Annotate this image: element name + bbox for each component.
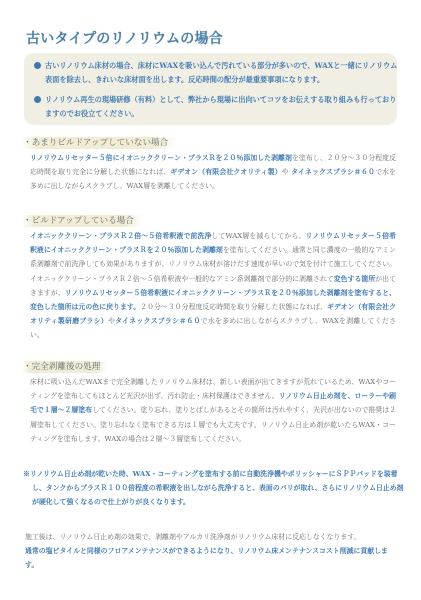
summary-item: リノリウム再生の現場研修（有料）として、弊社から現場に出向いてコツをお伝えする取… — [34, 93, 400, 120]
bullet-icon — [34, 96, 41, 103]
section-heading: ・完全剥離後の処理 — [22, 361, 108, 373]
section-body: リノリウムリセッター５倍にイオニッククリーン・プラスＲを２０％添加した剥離剤を塗… — [30, 151, 396, 194]
bullet-icon — [34, 62, 41, 69]
document-page: 古いタイプのリノリウムの場合 古いリノリウム床材の場合、床材にWAXを吸い込んで… — [0, 0, 421, 600]
summary-box: 古いリノリウム床材の場合、床材にWAXを吸い込んで汚れている部分が多いので、WA… — [24, 53, 397, 125]
section-body: イオニッククリーン・プラスＲ２倍～５倍希釈液で前洗浄してWAX層を減らしてから、… — [30, 229, 396, 343]
note-paragraph: ※リノリウム日止め剤が乾いた時、WAX・コーティングを塗布する前に自動洗浄機やポ… — [23, 467, 405, 510]
page-title: 古いタイプのリノリウムの場合 — [26, 28, 223, 48]
footer-line: 施工後は、リノリウム日止め剤の効果で、剥離剤やアルカリ洗浄剤がリノリウム床材に反… — [25, 530, 397, 544]
section-body: 床材に吸い込んだWAXまで完全剥離したリノリウム床材は、新しい表面が出てきますが… — [30, 375, 396, 446]
section-heading: ・あまりビルドアップしていない場合 — [22, 137, 176, 149]
footer-paragraph: 施工後は、リノリウム日止め剤の効果で、剥離剤やアルカリ洗浄剤がリノリウム床材に反… — [25, 530, 397, 573]
section-heading: ・ビルドアップしている場合 — [22, 215, 142, 227]
footer-highlight-line: 通常の塩ビタイルと同様のフロアメンテナンスができるようになり、リノリウム床メンテ… — [25, 544, 397, 572]
summary-item: 古いリノリウム床材の場合、床材にWAXを吸い込んで汚れている部分が多いので、WA… — [34, 59, 400, 86]
